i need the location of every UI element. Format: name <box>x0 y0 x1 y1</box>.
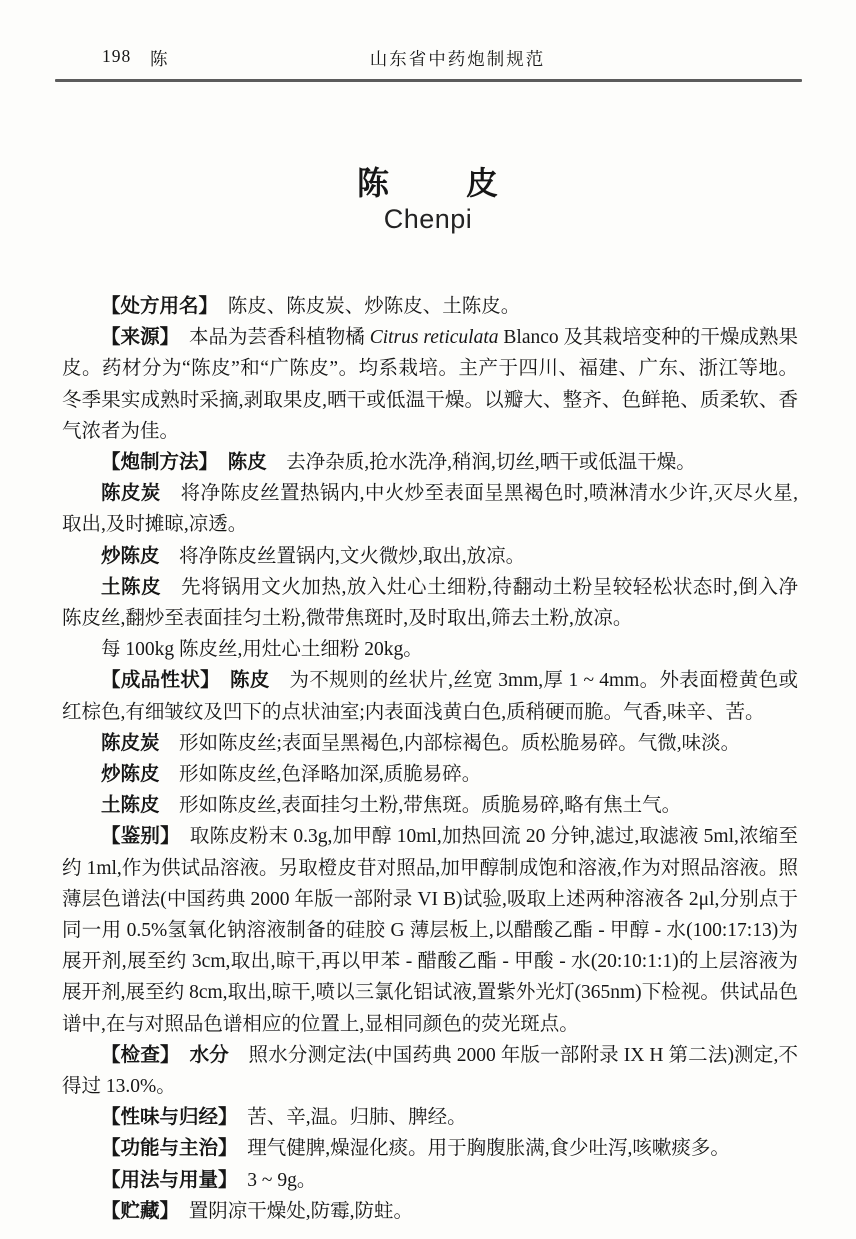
paragraph: 陈皮炭 形如陈皮丝;表面呈黑褐色,内部棕褐色。质松脆易碎。气微,味淡。 <box>62 728 798 759</box>
drug-title-char2: 皮 <box>466 165 499 201</box>
paragraph: 【处方用名】 陈皮、陈皮炭、炒陈皮、土陈皮。 <box>62 291 798 322</box>
text-run: 本品为芸香科植物橘 <box>169 327 369 348</box>
text-run: 先将锅用文火加热,放入灶心土细粉,待翻动土粉呈较轻松状态时,倒入净陈皮丝,翻炒至… <box>62 577 798 629</box>
text-run: 取陈皮粉末 0.3g,加甲醇 10ml,加热回流 20 分钟,滤过,取滤液 5m… <box>62 826 798 1034</box>
paragraph: 【功能与主治】 理气健脾,燥湿化痰。用于胸腹胀满,食少吐泻,咳嗽痰多。 <box>62 1133 798 1164</box>
text-run: 形如陈皮丝,色泽略加深,质脆易碎。 <box>160 764 482 785</box>
paragraph: 【检查】 水分 照水分测定法(中国药典 2000 年版一部附录 IX H 第二法… <box>62 1040 798 1102</box>
page-header: 198 陈 山东省中药炮制规范 <box>62 46 798 72</box>
bold-run: 【鉴别】 <box>101 825 170 847</box>
bold-run: 炒陈皮 <box>101 763 160 785</box>
text-run <box>170 1045 190 1066</box>
text-run: 置阴凉干燥处,防霉,防蛀。 <box>169 1201 413 1222</box>
bold-run: 【成品性状】 <box>101 669 210 691</box>
drug-title-pinyin: Chenpi <box>0 204 856 235</box>
text-run: 理气健脾,燥湿化痰。用于胸腹胀满,食少吐泻,咳嗽痰多。 <box>228 1138 730 1159</box>
paragraph: 炒陈皮 将净陈皮丝置锅内,文火微炒,取出,放凉。 <box>62 541 798 572</box>
text-run: 将净陈皮丝置热锅内,中火炒至表面呈黑褐色时,喷淋清水少许,灭尽火星,取出,及时摊… <box>62 483 798 535</box>
paragraph: 【鉴别】 取陈皮粉末 0.3g,加甲醇 10ml,加热回流 20 分钟,滤过,取… <box>62 821 798 1039</box>
bold-run: 炒陈皮 <box>101 545 160 567</box>
text-run: 苦、辛,温。归肺、脾经。 <box>228 1107 467 1128</box>
italic-run: Citrus reticulata <box>370 327 499 348</box>
paragraph: 【成品性状】 陈皮 为不规则的丝状片,丝宽 3mm,厚 1 ~ 4mm。外表面橙… <box>62 665 798 727</box>
document-body: 【处方用名】 陈皮、陈皮炭、炒陈皮、土陈皮。【来源】 本品为芸香科植物橘 Cit… <box>62 291 798 1227</box>
bold-run: 【处方用名】 <box>101 295 208 317</box>
bold-run: 陈皮炭 <box>101 732 160 754</box>
bold-run: 【贮藏】 <box>101 1200 169 1222</box>
text-run: 形如陈皮丝,表面挂匀土粉,带焦斑。质脆易碎,略有焦土气。 <box>160 795 682 816</box>
paragraph: 土陈皮 形如陈皮丝,表面挂匀土粉,带焦斑。质脆易碎,略有焦土气。 <box>62 790 798 821</box>
bold-run: 【检查】 <box>101 1044 170 1066</box>
bold-run: 陈皮 <box>230 669 270 691</box>
scanned-book-page: 198 陈 山东省中药炮制规范 陈皮 Chenpi 【处方用名】 陈皮、陈皮炭、… <box>0 0 856 1239</box>
text-run: 陈皮、陈皮炭、炒陈皮、土陈皮。 <box>208 296 520 317</box>
header-divider-rule <box>55 79 802 82</box>
text-run <box>208 452 228 473</box>
bold-run: 水分 <box>190 1044 229 1066</box>
text-run: 每 100kg 陈皮丝,用灶心土细粉 20kg。 <box>101 639 423 660</box>
paragraph: 【性味与归经】 苦、辛,温。归肺、脾经。 <box>62 1102 798 1133</box>
bold-run: 土陈皮 <box>101 576 161 598</box>
paragraph: 每 100kg 陈皮丝,用灶心土细粉 20kg。 <box>62 634 798 665</box>
paragraph: 炒陈皮 形如陈皮丝,色泽略加深,质脆易碎。 <box>62 759 798 790</box>
bold-run: 【炮制方法】 <box>101 451 208 473</box>
paragraph: 【用法与用量】 3 ~ 9g。 <box>62 1165 798 1196</box>
bold-run: 陈皮 <box>228 451 267 473</box>
paragraph: 【炮制方法】 陈皮 去净杂质,抢水洗净,稍润,切丝,晒干或低温干燥。 <box>62 447 798 478</box>
paragraph: 陈皮炭 将净陈皮丝置热锅内,中火炒至表面呈黑褐色时,喷淋清水少许,灭尽火星,取出… <box>62 478 798 540</box>
text-run: 将净陈皮丝置锅内,文火微炒,取出,放凉。 <box>160 546 526 567</box>
bold-run: 【用法与用量】 <box>101 1169 228 1191</box>
drug-title-char1: 陈 <box>357 165 390 201</box>
text-run: 去净杂质,抢水洗净,稍润,切丝,晒干或低温干燥。 <box>267 452 696 473</box>
paragraph: 土陈皮 先将锅用文火加热,放入灶心土细粉,待翻动土粉呈较轻松状态时,倒入净陈皮丝… <box>62 572 798 634</box>
bold-run: 【功能与主治】 <box>101 1137 228 1159</box>
paragraph: 【贮藏】 置阴凉干燥处,防霉,防蛀。 <box>62 1196 798 1227</box>
bold-run: 陈皮炭 <box>101 482 161 504</box>
book-title: 山东省中药炮制规范 <box>117 46 798 71</box>
text-run <box>210 670 230 691</box>
text-run: 形如陈皮丝;表面呈黑褐色,内部棕褐色。质松脆易碎。气微,味淡。 <box>160 733 741 754</box>
drug-title: 陈皮 <box>0 158 856 204</box>
bold-run: 土陈皮 <box>101 794 160 816</box>
paragraph: 【来源】 本品为芸香科植物橘 Citrus reticulata Blanco … <box>62 322 798 447</box>
bold-run: 【来源】 <box>101 326 169 348</box>
text-run: 3 ~ 9g。 <box>228 1170 317 1191</box>
bold-run: 【性味与归经】 <box>101 1106 228 1128</box>
